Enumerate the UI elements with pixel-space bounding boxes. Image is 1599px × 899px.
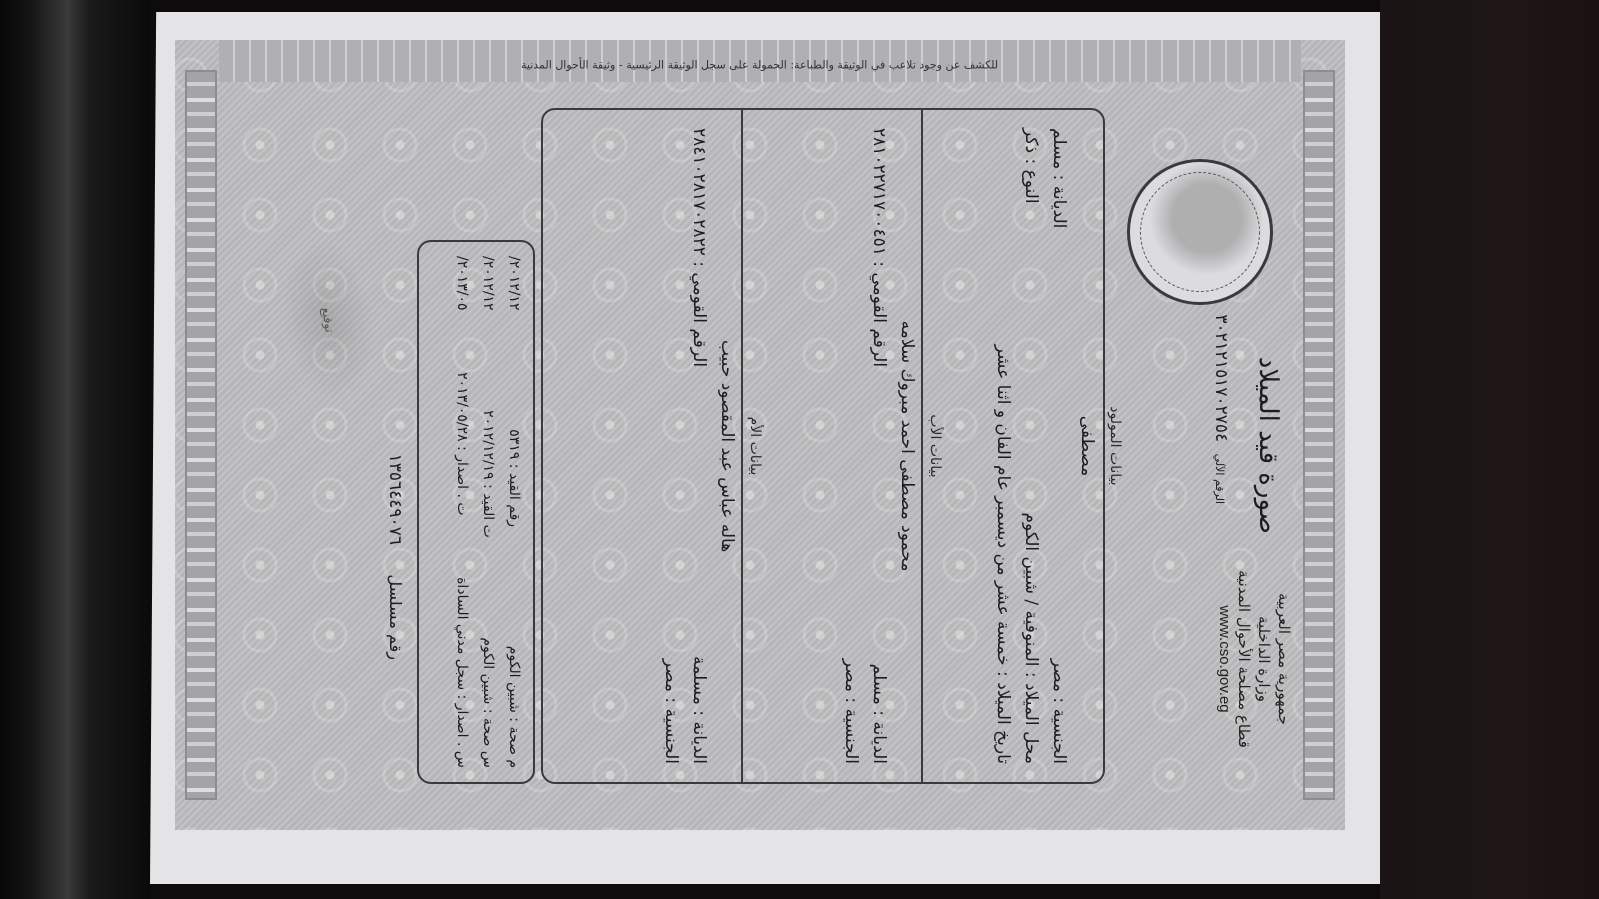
ornamental-border-top: [1303, 70, 1335, 800]
field-value: شبين الكوم: [480, 637, 496, 704]
father-heading: بيانات الأب: [923, 128, 943, 764]
field-label: م صحة: [506, 713, 522, 768]
father-nationality: الجنسيةمصر: [837, 659, 865, 764]
newborn-row-1: الجنسيةمصر الديانةمسلم: [1045, 128, 1073, 764]
field-label: الجنسية: [841, 692, 861, 764]
serial-value: ١٣٥٦٤٤٩٠٧٦: [385, 454, 405, 545]
newborn-birthplace: محل الميلادالمنوفية / شبين الكوم: [1017, 513, 1045, 764]
registry-office: م صحةشبين الكوم: [501, 646, 527, 768]
field-label: س صحة: [480, 704, 496, 768]
registry-entry: رقم القيد٥٣١٩: [501, 429, 527, 527]
registry-date: ٢٠١٣/٠٥/: [449, 256, 475, 311]
field-label: ت القيد: [480, 480, 496, 538]
issuer-website: www.cso.gov.eg: [1215, 534, 1233, 784]
mother-heading: بيانات الأم: [743, 128, 763, 764]
father-religion: الديانةمسلم: [865, 664, 893, 764]
field-label: الديانة: [869, 705, 889, 764]
registry-office: س صحةشبين الكوم: [475, 637, 501, 768]
field-label: تاريخ الميلاد: [993, 666, 1013, 764]
reference-value: ٣٠٢١٢١٥١٧٠٢٧٥٤: [1211, 314, 1231, 442]
newborn-row-2: محل الميلادالمنوفية / شبين الكوم النوعذك…: [1017, 128, 1045, 764]
registry-date: ٢٠١٢/١٢/: [501, 256, 527, 311]
mother-section: بيانات الأم هاله عباس عبد المقصود حبيب ا…: [545, 110, 743, 782]
field-value: ٢٠١٣/٠٥/٢٨: [454, 372, 470, 442]
field-value: مسلم: [1049, 128, 1069, 169]
registry-row: م صحةشبين الكوم رقم القيد٥٣١٩ ٢٠١٢/١٢/: [501, 256, 527, 768]
issuer-block: جمهورية مصر العربية وزارة الداخلية قطاع …: [1213, 534, 1293, 784]
seal-inner-ring: [1140, 172, 1260, 292]
field-label: س . اصدار: [454, 690, 470, 768]
registry-entry: ت . اصدار٢٠١٣/٠٥/٢٨: [449, 372, 475, 516]
field-value: مصر: [841, 659, 861, 692]
field-value: سجل مدني الساداة: [454, 577, 470, 690]
birth-certificate: للكشف عن وجود تلاعب في الوثيقة والطباعة:…: [175, 40, 1345, 830]
details-box: بيانات المولود مصطفى الجنسيةمصر الديانةم…: [541, 108, 1105, 784]
mother-national-id: الرقم القومي٢٨٤١٠٢٨١٧٠٢٨٢٢: [685, 128, 713, 367]
father-name: محمود مصطفى احمد مبروك سلامه: [893, 128, 917, 764]
registry-row: س . اصدارسجل مدني الساداة ت . اصدار٢٠١٣/…: [449, 256, 475, 768]
registry-office: س . اصدارسجل مدني الساداة: [449, 577, 475, 768]
field-value: ذكر: [1021, 128, 1041, 153]
reference-label: الرقم الآلي: [1213, 454, 1226, 504]
footer-note: للكشف عن وجود تلاعب في الوثيقة والطباعة:…: [215, 48, 1305, 82]
field-label: الرقم القومي: [869, 256, 889, 367]
father-row-1: الديانةمسلم الرقم القومي٢٨١٠٢٢٧١٧٠٠٤٥١: [865, 128, 893, 764]
newborn-gender: النوعذكر: [1017, 128, 1045, 204]
field-value: ٢٠١٢/١٢/١٩: [480, 410, 496, 480]
field-value: ٥٣١٩: [506, 429, 522, 459]
signature-stamp-icon: توقيع: [272, 235, 383, 406]
mother-religion: الديانةمسلمة: [685, 656, 713, 764]
registry-date: ٢٠١٢/١٢/: [475, 256, 501, 311]
serial-number: رقم مسلسل ١٣٥٦٤٤٩٠٧٦: [385, 454, 405, 660]
newborn-nationality: الجنسيةمصر: [1045, 659, 1073, 764]
father-section: بيانات الأب محمود مصطفى احمد مبروك سلامه…: [741, 110, 923, 782]
issuer-line-2: وزارة الداخلية: [1255, 534, 1273, 784]
issuer-line-3: قطاع مصلحة الأحوال المدنية: [1235, 534, 1253, 784]
serial-label: رقم مسلسل: [386, 574, 405, 660]
field-value: مصر: [661, 659, 681, 692]
field-value: ٢٨١٠٢٢٧١٧٠٠٤٥١: [869, 128, 889, 256]
field-label: النوع: [1021, 153, 1041, 204]
field-value: شبين الكوم: [506, 646, 522, 713]
dark-background-right: [1380, 0, 1599, 899]
field-value: خمسة عشر من ديسمبر عام الفان و اثنا عشر: [993, 345, 1013, 666]
header: جمهورية مصر العربية وزارة الداخلية قطاع …: [1113, 104, 1293, 784]
mother-row-2: الجنسيةمصر: [657, 128, 685, 764]
field-label: الجنسية: [1049, 692, 1069, 764]
registry-entry: ت القيد٢٠١٢/١٢/١٩: [475, 410, 501, 538]
field-label: الرقم القومي: [689, 256, 709, 367]
ornamental-border-bottom: [185, 70, 217, 800]
father-national-id: الرقم القومي٢٨١٠٢٢٧١٧٠٠٤٥١: [865, 128, 893, 367]
mother-nationality: الجنسيةمصر: [657, 659, 685, 764]
issuer-line-1: جمهورية مصر العربية: [1275, 534, 1293, 784]
registry-box: م صحةشبين الكوم رقم القيد٥٣١٩ ٢٠١٢/١٢/ س…: [417, 240, 535, 784]
registry-row: س صحةشبين الكوم ت القيد٢٠١٢/١٢/١٩ ٢٠١٢/١…: [475, 256, 501, 768]
field-label: الديانة: [1049, 169, 1069, 228]
newborn-row-3: تاريخ الميلادخمسة عشر من ديسمبر عام الفا…: [989, 128, 1017, 764]
newborn-name: مصطفى: [1073, 128, 1097, 764]
field-label: ت . اصدار: [454, 442, 470, 516]
document-title: صورة قيد الميلاد: [1253, 357, 1283, 534]
field-label: رقم القيد: [506, 459, 522, 527]
field-label: الجنسية: [661, 692, 681, 764]
field-value: ٢٨٤١٠٢٨١٧٠٢٨٢٢: [689, 128, 709, 256]
seal-stamp-icon: [1127, 159, 1273, 305]
dark-background-left: [0, 0, 150, 899]
mother-row-1: الديانةمسلمة الرقم القومي٢٨٤١٠٢٨١٧٠٢٨٢٢: [685, 128, 713, 764]
field-label: الديانة: [689, 705, 709, 764]
mother-name: هاله عباس عبد المقصود حبيب: [713, 128, 737, 764]
newborn-heading: بيانات المولود: [1103, 128, 1123, 764]
newborn-religion: الديانةمسلم: [1045, 128, 1073, 228]
newborn-section: بيانات المولود مصطفى الجنسيةمصر الديانةم…: [923, 110, 1103, 782]
field-value: مسلم: [869, 664, 889, 705]
field-value: المنوفية / شبين الكوم: [1021, 513, 1041, 667]
document-frame: للكشف عن وجود تلاعب في الوثيقة والطباعة:…: [175, 40, 1345, 830]
newborn-birthdate: تاريخ الميلادخمسة عشر من ديسمبر عام الفا…: [989, 345, 1017, 764]
field-value: مصر: [1049, 659, 1069, 692]
father-row-2: الجنسيةمصر: [837, 128, 865, 764]
field-label: محل الميلاد: [1021, 667, 1041, 764]
field-value: مسلمة: [689, 656, 709, 705]
reference-number: الرقم الآلي ٣٠٢١٢١٥١٧٠٢٧٥٤: [1211, 314, 1231, 504]
